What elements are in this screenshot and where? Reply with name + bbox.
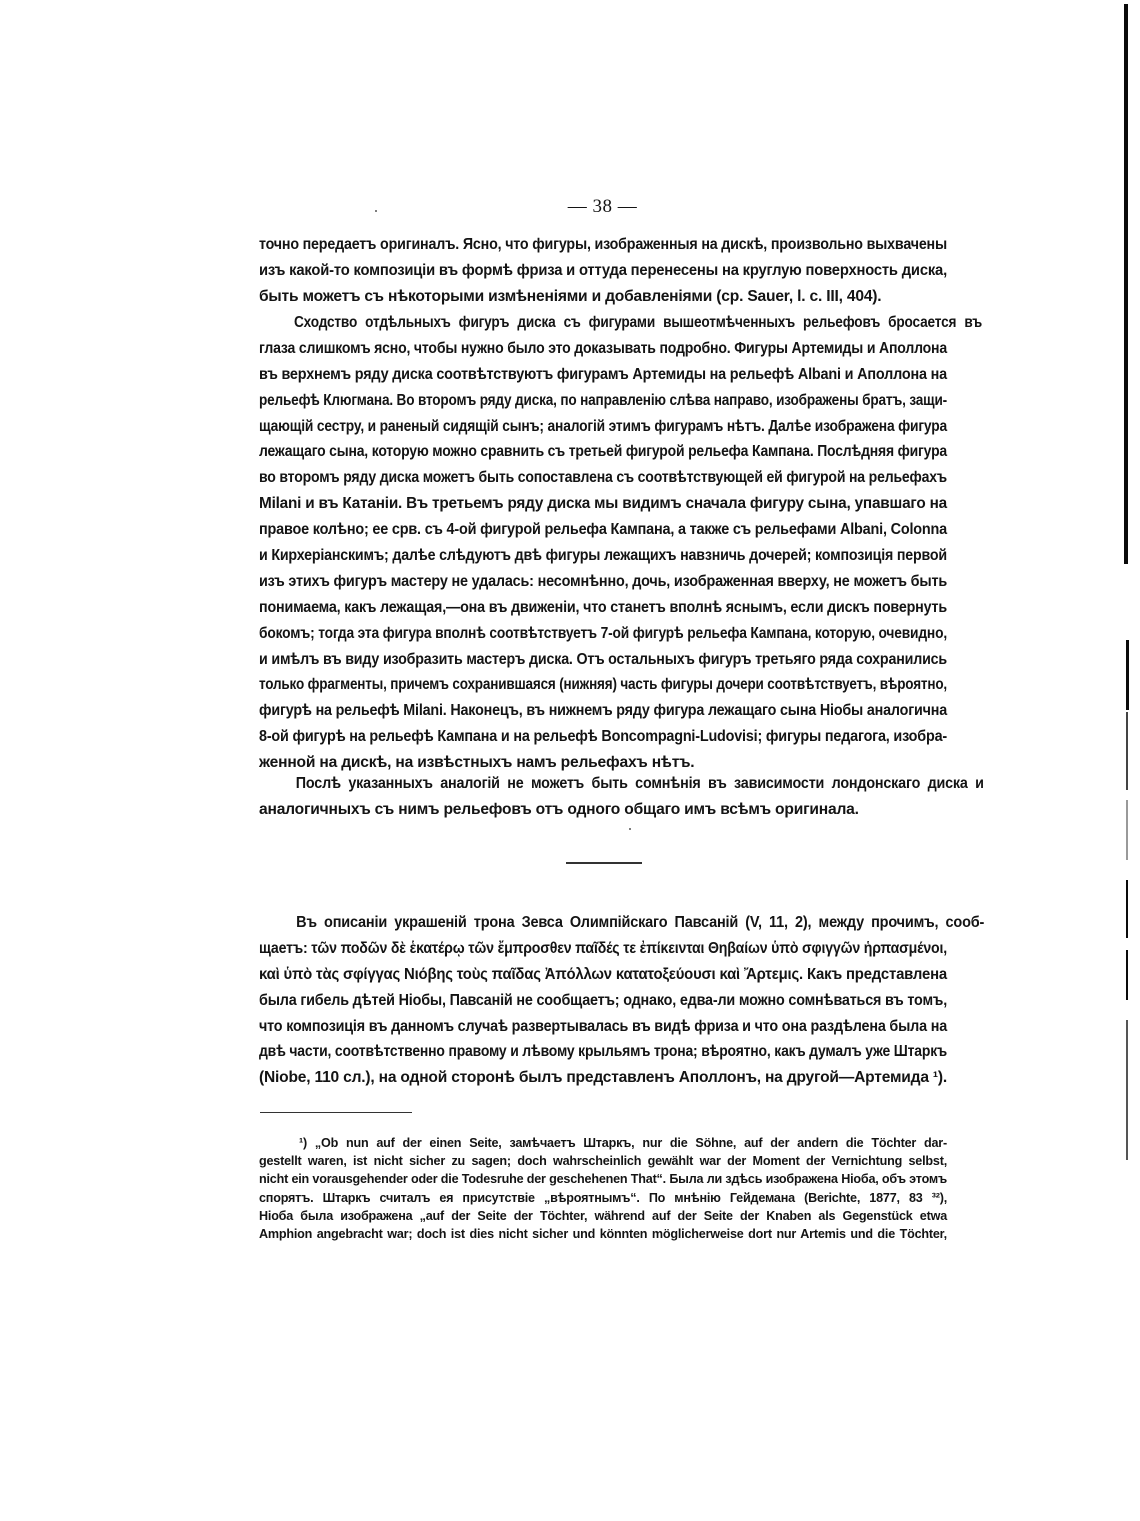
page-number: — 38 — bbox=[0, 196, 1140, 218]
text-line: (Niobe, 110 сл.), на одной сторонѣ былъ … bbox=[259, 1065, 947, 1091]
text-line: понимаема, какъ лежащая,—она въ движеніи… bbox=[259, 595, 947, 621]
text-line: 8-ой фигурѣ на рельефѣ Кампана и на рель… bbox=[259, 724, 947, 750]
scan-edge-line bbox=[1126, 880, 1128, 938]
scan-edge-line bbox=[1126, 640, 1129, 710]
text-line: Въ описаніи украшеній трона Зевса Олимпі… bbox=[259, 910, 984, 936]
text-line: двѣ части, соотвѣтственно правому и лѣво… bbox=[259, 1039, 947, 1065]
text-line: Послѣ указанныхъ аналогій не можетъ быть… bbox=[259, 771, 984, 797]
text-line: изъ этихъ фигуръ мастеру не удалась: нес… bbox=[259, 569, 947, 595]
text-line: глаза слишкомъ ясно, чтобы нужно было эт… bbox=[259, 336, 947, 362]
paragraph-pausanias: Въ описаніи украшеній трона Зевса Олимпі… bbox=[259, 910, 947, 1091]
footnote-line: ¹) „Ob nun auf der einen Seite, замѣчает… bbox=[259, 1134, 947, 1152]
text-line: и имѣлъ въ виду изобразить мастеръ диска… bbox=[259, 647, 947, 673]
text-line: аналогичныхъ съ нимъ рельефовъ отъ одног… bbox=[259, 797, 947, 823]
scan-edge-line bbox=[1124, 4, 1128, 564]
scan-speck bbox=[629, 828, 631, 830]
text-line: что композиція въ данномъ случаѣ разверт… bbox=[259, 1014, 947, 1040]
section-divider bbox=[566, 862, 642, 864]
footnote-line: Ніоба была изображена „auf der Seite der… bbox=[259, 1207, 947, 1225]
text-line: щаетъ: τῶν ποδῶν δὲ ἑκατέρῳ τῶν ἔμπροσθε… bbox=[259, 936, 947, 962]
text-line: Milani и въ Катаніи. Въ третьемъ ряду ди… bbox=[259, 491, 947, 517]
text-line: лежащаго сына, которую можно сравнить съ… bbox=[259, 439, 947, 465]
footnote-line: спорятъ. Штаркъ считалъ ея присутствіе „… bbox=[259, 1189, 947, 1207]
text-line: изъ какой-то композиціи въ формѣ фриза и… bbox=[259, 258, 947, 284]
scan-edge-line bbox=[1126, 712, 1128, 790]
scan-edge-line bbox=[1126, 950, 1128, 1000]
scan-edge-line bbox=[1126, 800, 1128, 860]
footnote-line: nicht ein vorausgehender oder die Todesr… bbox=[259, 1170, 947, 1188]
text-line: только фрагменты, причемъ сохранившаяся … bbox=[259, 672, 947, 698]
paragraph-3: Послѣ указанныхъ аналогій не можетъ быть… bbox=[259, 771, 947, 823]
text-line: правое колѣно; ее срв. съ 4-ой фигурой р… bbox=[259, 517, 947, 543]
footnote-rule bbox=[260, 1112, 412, 1113]
paragraph-1: точно передаетъ оригиналъ. Ясно, что фиг… bbox=[259, 232, 947, 310]
scan-speck bbox=[375, 210, 377, 212]
text-line: въ верхнемъ ряду диска соотвѣтствуютъ фи… bbox=[259, 362, 947, 388]
footnote-line: Amphion angebracht war; doch ist dies ni… bbox=[259, 1225, 947, 1243]
text-line: фигурѣ на рельефѣ Milani. Наконецъ, въ н… bbox=[259, 698, 947, 724]
footnote-line: gestellt waren, ist nicht sicher zu sage… bbox=[259, 1152, 947, 1170]
footnote: ¹) „Ob nun auf der einen Seite, замѣчает… bbox=[259, 1134, 947, 1243]
text-line: и Кирхеріанскимъ; далѣе слѣдуютъ двѣ фиг… bbox=[259, 543, 947, 569]
text-line: во второмъ ряду диска можетъ быть сопост… bbox=[259, 465, 947, 491]
text-line: точно передаетъ оригиналъ. Ясно, что фиг… bbox=[259, 232, 947, 258]
scan-edge-line bbox=[1126, 1020, 1128, 1160]
paragraph-2: Сходство отдѣльныхъ фигуръ диска съ фигу… bbox=[259, 310, 947, 776]
text-line: καὶ ὑπὸ τὰς σφίγγας Νιόβης τοὺς παῖδας Ἀ… bbox=[259, 962, 947, 988]
text-line: была гибель дѣтей Ніобы, Павсаній не соо… bbox=[259, 988, 947, 1014]
text-line: быть можетъ съ нѣкоторыми измѣненіями и … bbox=[259, 284, 947, 310]
text-line: рельефѣ Клюгмана. Во второмъ ряду диска,… bbox=[259, 388, 947, 414]
text-line: щающій сестру, и раненый сидящій сынъ; а… bbox=[259, 414, 947, 440]
text-line: Сходство отдѣльныхъ фигуръ диска съ фигу… bbox=[259, 310, 982, 336]
text-line: бокомъ; тогда эта фигура вполнѣ соотвѣтс… bbox=[259, 621, 947, 647]
